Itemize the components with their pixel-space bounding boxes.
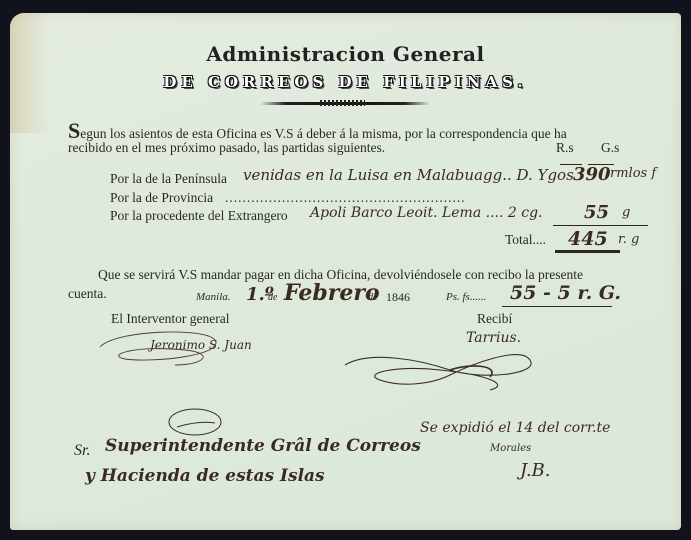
addressee-flourish-icon — [165, 405, 225, 440]
total-amount: 445 — [568, 228, 608, 250]
item-label-provincia: Por la de Provincia — [110, 190, 213, 206]
item-amount-extrangero: 55 — [584, 202, 609, 223]
recibi-flourish-icon — [340, 345, 560, 395]
note-initials: J.B. — [520, 460, 551, 481]
total-double-rule — [555, 250, 620, 253]
date-year: 1846 — [386, 290, 410, 305]
intro-text-1: egun los asientos de esta Oficina es V.S… — [80, 126, 566, 141]
item-unit-peninsula: rmlos f — [610, 166, 656, 181]
item-handwritten-extrangero: Apoli Barco Leoit. Lema .... 2 cg. — [310, 205, 542, 221]
item-label-peninsula: Por la de la Península — [110, 171, 227, 187]
ornamental-rule-center — [320, 100, 365, 106]
addressee-prefix: Sr. — [74, 442, 90, 460]
column-header-r: R.s — [556, 140, 574, 156]
item-unit-extrangero: g — [622, 205, 630, 220]
header-title: Administracion General — [0, 42, 691, 66]
date-place: Manila. — [196, 291, 231, 303]
pesos-label: Ps. fs...... — [446, 291, 486, 303]
column-header-g: G.s — [601, 140, 619, 156]
item-label-extrangero: Por la procedente del Extrangero — [110, 208, 288, 224]
date-de-2: de — [368, 292, 377, 303]
pesos-rule — [502, 306, 612, 307]
intro-line-2: recibido en el mes próximo pasado, las p… — [68, 140, 385, 156]
interventor-flourish-icon — [95, 325, 235, 370]
total-label: Total.... — [505, 232, 546, 248]
request-line-2: cuenta. — [68, 286, 107, 302]
note-line-2: Morales — [490, 443, 531, 454]
date-month: Febrero — [284, 280, 380, 306]
recibi-label: Recibí — [477, 311, 512, 327]
note-line-1: Se expidió el 14 del corr.te — [420, 420, 610, 436]
item-dots-provincia: ........................................… — [225, 190, 466, 206]
item-handwritten-peninsula: venidas en la Luisa en Malabuagg.. D. Yg… — [243, 166, 574, 184]
addressee-line-2: y Hacienda de estas Islas — [85, 466, 325, 486]
subtotal-rule — [553, 225, 648, 226]
recibi-signature: Tarrius. — [466, 330, 521, 346]
item-amount-peninsula: 390 — [573, 164, 611, 185]
pesos-amount: 55 - 5 r. G. — [510, 282, 621, 304]
date-de-1: de — [268, 292, 277, 303]
addressee-line-1: Superintendente Grâl de Correos — [105, 436, 421, 456]
total-unit: r. g — [618, 232, 639, 247]
header-subtitle: DE CORREOS DE FILIPINAS. — [0, 73, 691, 91]
